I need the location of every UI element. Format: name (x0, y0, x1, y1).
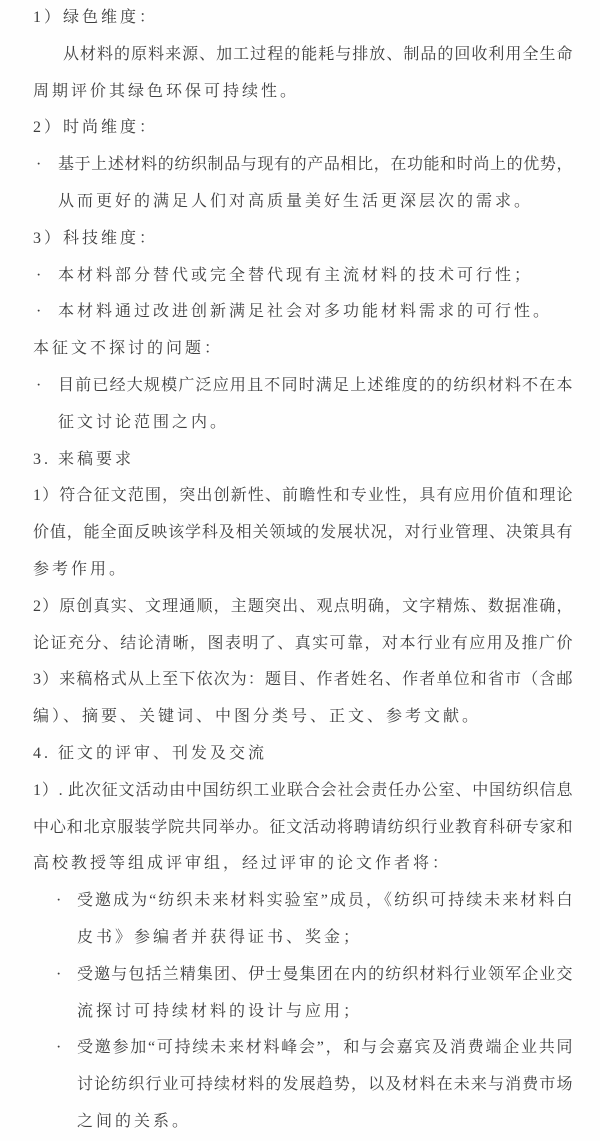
heading-submission-requirements: 3. 来稿要求 (0, 442, 600, 479)
text-line: 1）符合征文范围，突出创新性、前瞻性和专业性，具有应用价值和理论 (0, 478, 600, 515)
line-text: 受邀与包括兰精集团、伊士曼集团在内的纺织材料行业领军企业交 (77, 966, 573, 983)
text-line: 3）来稿格式从上至下依次为：题目、作者姓名、作者单位和省市（含邮 (0, 662, 600, 699)
line-text: 中心和北京服装学院共同举办。征文活动将聘请纺织行业教育科研专家和 (33, 819, 573, 836)
line-text: 受邀参加“可持续未来材料峰会”，和与会嘉宾及消费端企业共同 (77, 1039, 573, 1056)
text-line: 中心和北京服装学院共同举办。征文活动将聘请纺织行业教育科研专家和 (0, 810, 600, 847)
line-text: 从而更好的满足人们对高质量美好生活更深层次的需求。 (58, 193, 533, 210)
text-line: 周期评价其绿色环保可持续性。 (0, 74, 600, 111)
bullet-item-line: ·目前已经大规模广泛应用且不同时满足上述维度的的纺织材料不在本 (0, 368, 600, 405)
line-text: 受邀成为“纺织未来材料实验室”成员，《纺织可持续未来材料白 (77, 892, 573, 909)
bullet-dot-icon: · (56, 883, 66, 920)
heading-green-dimension: 1）绿色维度： (0, 0, 600, 37)
bullet-item-line: ·受邀与包括兰精集团、伊士曼集团在内的纺织材料行业领军企业交 (0, 957, 600, 994)
bullet-dot-icon: · (56, 1030, 66, 1067)
bullet-item-continuation: 之间的关系。 (0, 1104, 600, 1141)
line-text: 2）时尚维度： (33, 119, 158, 136)
line-text: 征文讨论范围之内。 (58, 414, 229, 431)
bullet-dot-icon: · (36, 258, 46, 295)
bullet-item-continuation: 皮书》参编者并获得证书、奖金； (0, 920, 600, 957)
line-text: 4. 征文的评审、刊发及交流 (33, 745, 267, 762)
line-text: 2）原创真实、文理通顺，主题突出、观点明确，文字精炼、数据准确， (33, 598, 573, 615)
line-text: 3）来稿格式从上至下依次为：题目、作者姓名、作者单位和省市（含邮 (33, 671, 573, 688)
line-text: 编）、摘要、关键词、中图分类号、正文、参考文献。 (33, 708, 481, 725)
text-line: 编）、摘要、关键词、中图分类号、正文、参考文献。 (0, 699, 600, 736)
text-line: 从材料的原料来源、加工过程的能耗与排放、制品的回收利用全生命 (0, 37, 600, 74)
text-line: 价值，能全面反映该学科及相关领域的发展状况，对行业管理、决策具有 (0, 515, 600, 552)
line-text: 讨论纺织行业可持续材料的发展趋势，以及材料在未来与消费市场 (77, 1076, 573, 1093)
bullet-item-continuation: 从而更好的满足人们对高质量美好生活更深层次的需求。 (0, 184, 600, 221)
line-text: 本征文不探讨的问题： (33, 340, 223, 357)
line-text: 目前已经大规模广泛应用且不同时满足上述维度的的纺织材料不在本 (58, 377, 573, 394)
line-text: 从材料的原料来源、加工过程的能耗与排放、制品的回收利用全生命 (63, 46, 573, 63)
line-text: 流探讨可持续材料的设计与应用； (77, 1003, 362, 1020)
line-text: 高校教授等组成评审组，经过评审的论文作者将： (33, 855, 451, 872)
line-text: 3）科技维度： (33, 230, 158, 247)
line-text: 3. 来稿要求 (33, 451, 134, 468)
heading-excluded-topics: 本征文不探讨的问题： (0, 331, 600, 368)
bullet-dot-icon: · (36, 147, 46, 184)
text-line: 论证充分、结论清晰，图表明了、真实可靠，对本行业有应用及推广价值。 (0, 626, 600, 663)
line-text: 周期评价其绿色环保可持续性。 (33, 83, 299, 100)
bullet-item-continuation: 讨论纺织行业可持续材料的发展趋势，以及材料在未来与消费市场 (0, 1067, 600, 1104)
line-text: 本材料通过改进创新满足社会对多功能材料需求的可行性。 (58, 303, 552, 320)
line-text: 论证充分、结论清晰，图表明了、真实可靠，对本行业有应用及推广价值。 (33, 635, 573, 663)
bullet-item-line: ·基于上述材料的纺织制品与现有的产品相比，在功能和时尚上的优势， (0, 147, 600, 184)
heading-tech-dimension: 3）科技维度： (0, 221, 600, 258)
bullet-item-line: ·受邀成为“纺织未来材料实验室”成员，《纺织可持续未来材料白 (0, 883, 600, 920)
bullet-dot-icon: · (56, 957, 66, 994)
line-text: 1）. 此次征文活动由中国纺织工业联合会社会责任办公室、中国纺织信息 (33, 782, 573, 799)
text-line: 参考作用。 (0, 552, 600, 589)
text-line: 1）. 此次征文活动由中国纺织工业联合会社会责任办公室、中国纺织信息 (0, 773, 600, 810)
bullet-item-line: ·受邀参加“可持续未来材料峰会”，和与会嘉宾及消费端企业共同 (0, 1030, 600, 1067)
text-line: 2）原创真实、文理通顺，主题突出、观点明确，文字精炼、数据准确， (0, 589, 600, 626)
line-text: 之间的关系。 (77, 1113, 191, 1130)
line-text: 参考作用。 (33, 561, 128, 578)
heading-review-publication: 4. 征文的评审、刊发及交流 (0, 736, 600, 773)
document-page: 1）绿色维度： 从材料的原料来源、加工过程的能耗与排放、制品的回收利用全生命 周… (0, 0, 600, 1141)
bullet-item-continuation: 征文讨论范围之内。 (0, 405, 600, 442)
line-text: 本材料部分替代或完全替代现有主流材料的技术可行性； (58, 267, 533, 284)
bullet-item-line: ·本材料通过改进创新满足社会对多功能材料需求的可行性。 (0, 294, 600, 331)
line-text: 1）符合征文范围，突出创新性、前瞻性和专业性，具有应用价值和理论 (33, 487, 573, 504)
line-text: 皮书》参编者并获得证书、奖金； (77, 929, 362, 946)
line-text: 基于上述材料的纺织制品与现有的产品相比，在功能和时尚上的优势， (58, 156, 573, 173)
heading-fashion-dimension: 2）时尚维度： (0, 110, 600, 147)
text-line: 高校教授等组成评审组，经过评审的论文作者将： (0, 846, 600, 883)
line-text: 价值，能全面反映该学科及相关领域的发展状况，对行业管理、决策具有 (33, 524, 573, 541)
line-text: 1）绿色维度： (33, 9, 158, 26)
bullet-dot-icon: · (36, 368, 46, 405)
bullet-item-line: ·本材料部分替代或完全替代现有主流材料的技术可行性； (0, 258, 600, 295)
bullet-dot-icon: · (36, 294, 46, 331)
bullet-item-continuation: 流探讨可持续材料的设计与应用； (0, 994, 600, 1031)
